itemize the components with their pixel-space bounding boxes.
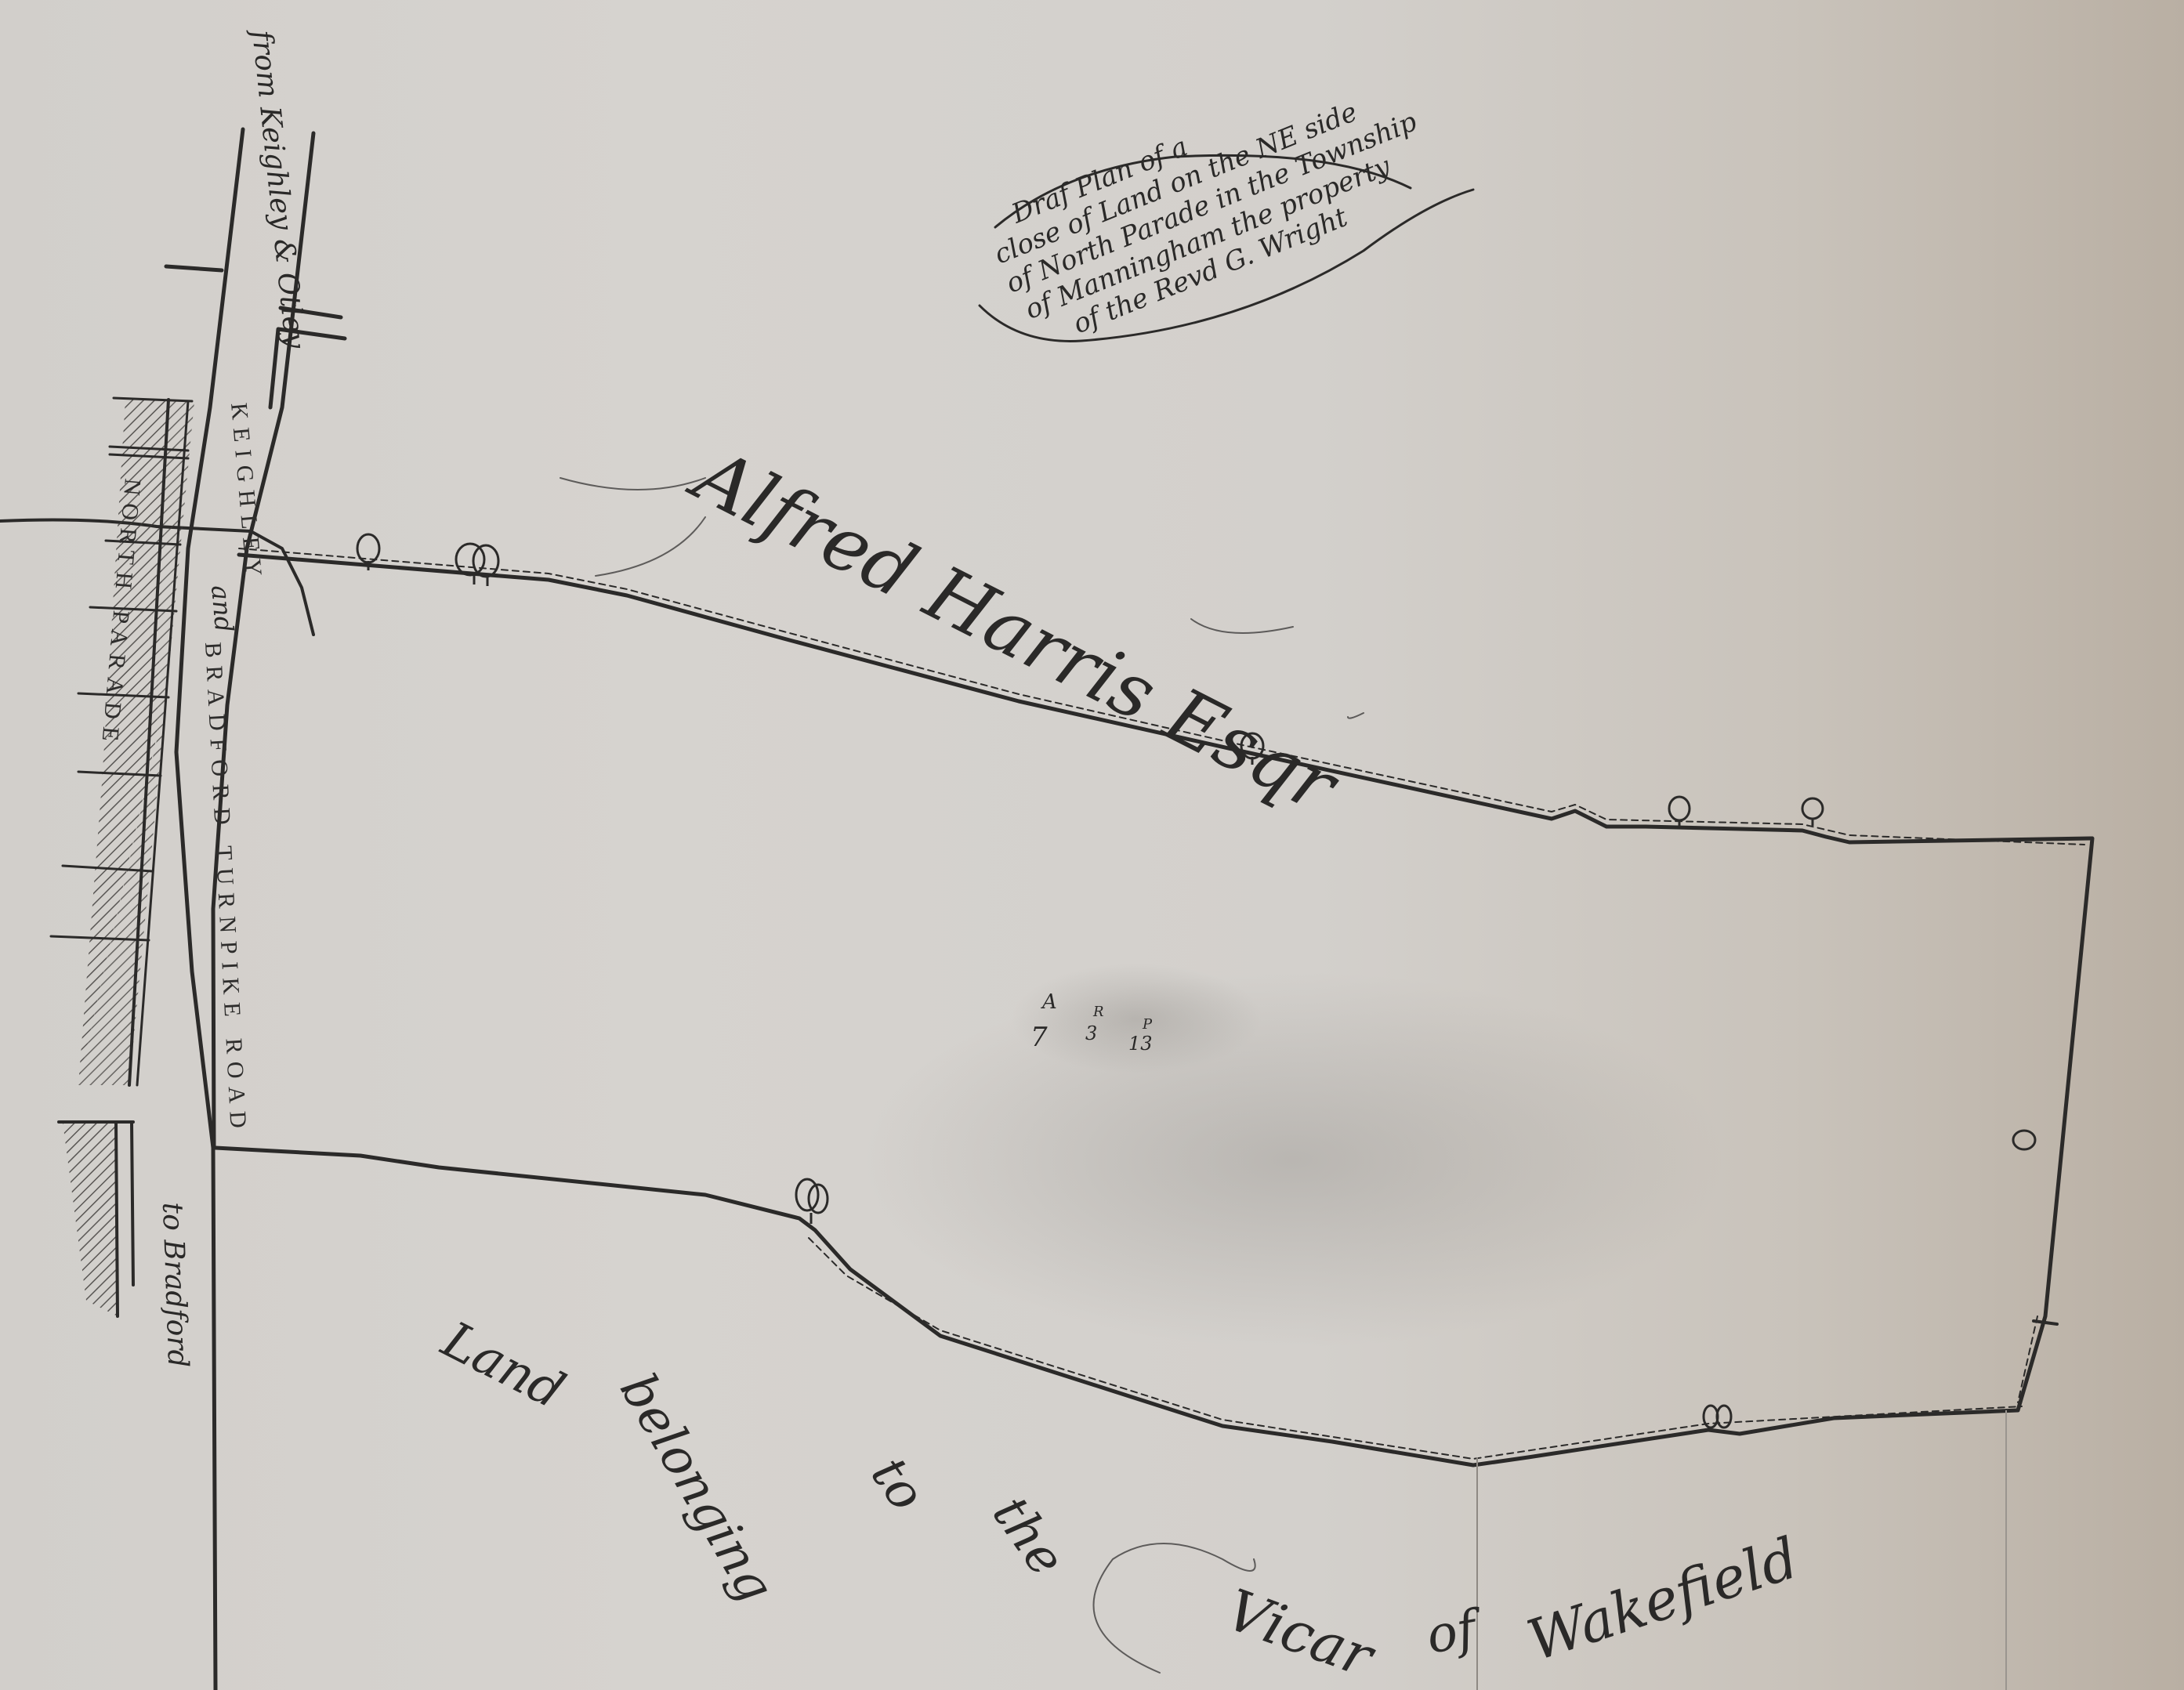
estate-plan: from Keighley & Otley KEIGHLEY and BRADF…: [0, 0, 2184, 1690]
svg-text:the: the: [981, 1486, 1076, 1587]
tree-icon: [1669, 797, 1690, 827]
tree-icon: [456, 544, 498, 586]
road-name-and: and: [205, 584, 239, 633]
ink-smudge: [862, 972, 1724, 1348]
area-unit-perches: P: [1142, 1016, 1153, 1033]
svg-text:Vicar: Vicar: [1218, 1576, 1384, 1690]
svg-text:of: of: [1422, 1598, 1488, 1665]
neighbour-south-label: Land belonging to the Vicar of Wakefield: [433, 1311, 1806, 1690]
turnpike-road: [166, 129, 345, 1690]
neighbour-north-label: Alfred Harris Esqr: [675, 429, 1353, 831]
area-roods-value: 3: [1085, 1022, 1097, 1044]
tree-icon: [2013, 1131, 2035, 1149]
road-name-part2: BRADFORD TURNPIKE ROAD: [200, 642, 252, 1137]
ink-smudge: [1011, 964, 1262, 1073]
tree-icon: [1802, 798, 1823, 826]
area-perches-value: 13: [1128, 1033, 1153, 1055]
road-from-label: from Keighley & Otley: [245, 27, 311, 351]
svg-text:belonging: belonging: [608, 1364, 784, 1612]
svg-text:to: to: [860, 1447, 936, 1522]
title-cartouche: Draf Plan of a close of Land on the NE s…: [978, 48, 1473, 358]
svg-text:Land: Land: [433, 1311, 574, 1420]
area-acres-value: 7: [1030, 1022, 1048, 1053]
svg-text:Wakefield: Wakefield: [1519, 1525, 1806, 1674]
road-to-label: to Bradford: [156, 1202, 194, 1368]
area-unit-roods: R: [1092, 1004, 1104, 1020]
map-sheet: from Keighley & Otley KEIGHLEY and BRADF…: [0, 0, 2184, 1690]
area-unit-acres: A: [1041, 990, 1057, 1014]
